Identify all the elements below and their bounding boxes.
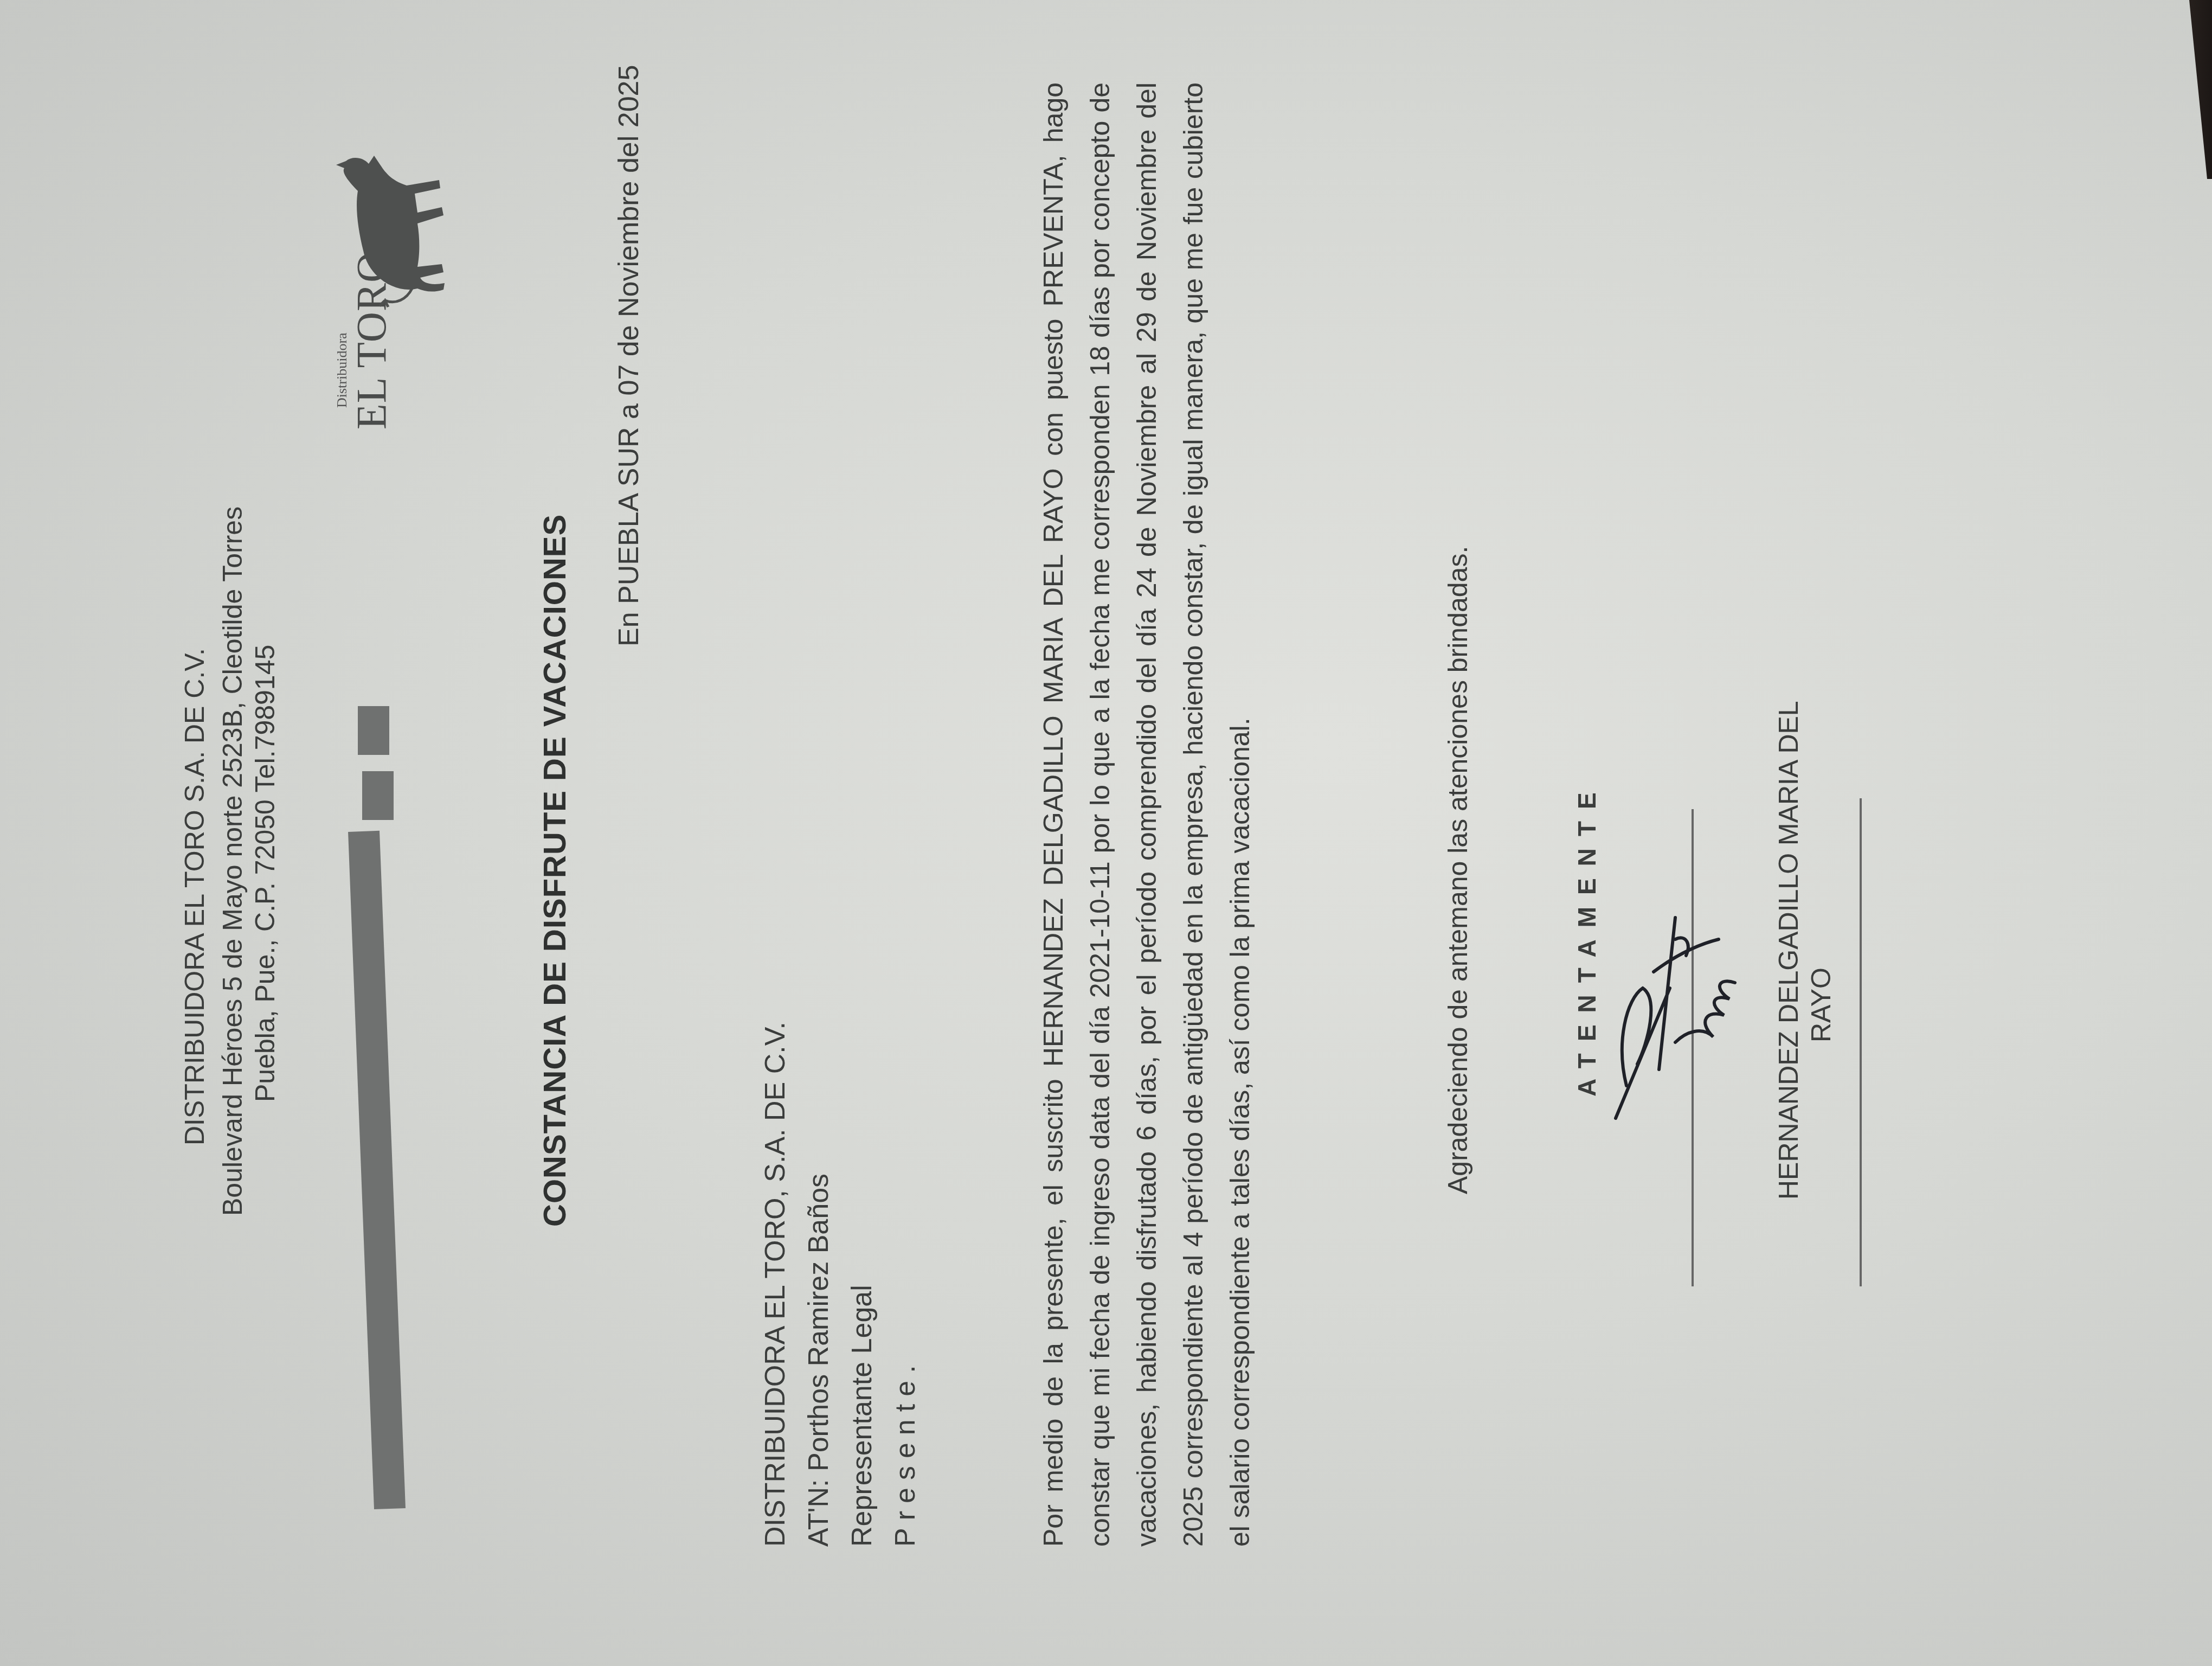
header-company: DISTRIBUIDORA EL TORO S.A. DE C.V.	[179, 648, 210, 1145]
signer-name-line1: HERNANDEZ DELGADILLO MARIA DEL	[1773, 701, 1804, 1200]
letter-sheet: DISTRIBUIDORA EL TORO S.A. DE C.V. Boule…	[0, 0, 2212, 1666]
addressee-company: DISTRIBUIDORA EL TORO, S.A. DE C.V.	[759, 1022, 792, 1547]
closing-line: Agradeciendo de antemano las atenciones …	[1442, 546, 1474, 1194]
header-address-line2: Puebla, Pue., C.P. 72050 Tel.7989145	[249, 645, 281, 1102]
addressee-attention: AT'N: Porthos Ramirez Baños	[802, 1174, 835, 1547]
header-address-line1: Boulevard Héroes 5 de Mayo norte 2523B, …	[217, 507, 248, 1216]
handwritten-signature	[1594, 869, 1767, 1151]
place-date: En PUEBLA SUR a 07 de Noviembre del 2025	[613, 65, 645, 646]
greeting: Presente.	[889, 1357, 922, 1547]
addressee-role: Representante Legal	[846, 1285, 878, 1547]
bull-icon	[304, 148, 466, 310]
header-decorative-bar	[348, 831, 406, 1509]
company-logo: Distribuidora EL TORO	[304, 137, 488, 440]
signature-line-bottom	[1860, 798, 1862, 1286]
logo-tagline	[401, 426, 410, 428]
signer-name-line2: RAYO	[1805, 967, 1837, 1042]
body-paragraph: Por medio de la presente, el suscrito HE…	[1030, 82, 1263, 1547]
document-title: CONSTANCIA DE DISFRUTE DE VACACIONES	[537, 514, 573, 1227]
header-bar-segment	[362, 771, 394, 820]
header-bar-segment	[358, 706, 389, 755]
